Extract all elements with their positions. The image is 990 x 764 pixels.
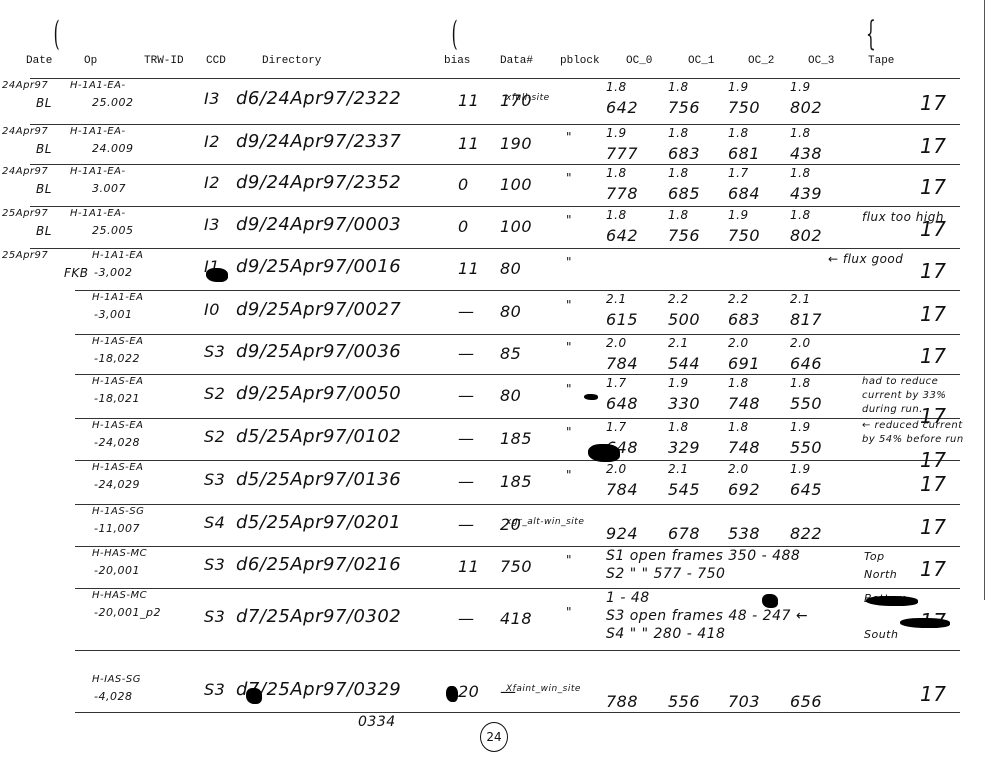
oc-value-cell: 545 — [668, 480, 700, 499]
oc-value-cell: 817 — [790, 310, 822, 329]
oc-value-cell: 500 — [668, 310, 700, 329]
oc-gain-cell: 1.8 — [606, 80, 627, 94]
trw-id-cell: H-IAS-SG — [92, 674, 141, 685]
tape-cell: 17 — [920, 175, 946, 199]
trw-id-cell: -20,001 — [94, 564, 140, 577]
directory-cell: d9/25Apr97/0036 — [236, 341, 401, 362]
oc-gain-cell: 1.8 — [728, 126, 749, 140]
tape-cell: 17 — [920, 344, 946, 368]
trw-id-cell: H-1AS-EA — [92, 376, 143, 387]
oc-value-cell: 646 — [790, 354, 822, 373]
oc-value-cell: 656 — [790, 692, 822, 711]
frames-note: S2 " " 577 - 750 — [606, 566, 725, 582]
directory-cell: d7/25Apr97/0302 — [236, 606, 401, 627]
trw-id-cell: H-HAS-MC — [92, 590, 147, 601]
bias-cell: — — [458, 472, 475, 491]
log-sheet: ( ( { DateOpTRW-IDCCDDirectorybiasData#p… — [0, 0, 990, 764]
oc-value-cell: 544 — [668, 354, 700, 373]
operator-cell: BL — [36, 142, 52, 156]
data-number-cell: 190 — [500, 134, 532, 153]
punch-mark: ( — [452, 14, 458, 54]
data-number-cell: 750 — [500, 557, 532, 576]
tape-cell: 17 — [920, 302, 946, 326]
oc-gain-cell: 1.8 — [790, 376, 811, 390]
directory-cell: d9/25Apr97/0050 — [236, 383, 401, 404]
remark-note: by 54% before run — [862, 434, 964, 445]
column-header: OC_2 — [748, 55, 774, 67]
tape-cell: 17 — [920, 91, 946, 115]
oc-value-cell: 329 — [668, 438, 700, 457]
directory-cell: d9/25Apr97/0016 — [236, 256, 401, 277]
trw-id-cell: 25.005 — [92, 224, 134, 237]
oc-value-cell: 683 — [668, 144, 700, 163]
data-number-cell: 80 — [500, 302, 521, 321]
data-number-cell: 418 — [500, 609, 532, 628]
data-number-cell: 100 — [500, 175, 532, 194]
oc-gain-cell: 1.8 — [728, 376, 749, 390]
directory-cell: d9/24Apr97/0003 — [236, 214, 401, 235]
oc-value-cell: 822 — [790, 524, 822, 543]
oc-gain-cell: 1.9 — [728, 80, 749, 94]
oc-value-cell: 750 — [728, 226, 760, 245]
row-rule — [75, 290, 960, 291]
row-rule — [30, 164, 960, 165]
oc-gain-cell: 1.9 — [790, 80, 811, 94]
ccd-cell: S2 — [204, 427, 225, 446]
pblock-cell: " — [566, 340, 572, 354]
ink-blot — [446, 686, 458, 702]
oc-gain-cell: 2.1 — [668, 336, 689, 350]
ccd-cell: I3 — [204, 89, 220, 108]
bias-cell: 11 — [458, 134, 479, 153]
oc-value-cell: 685 — [668, 184, 700, 203]
pblock-cell: " — [566, 213, 572, 227]
trw-id-cell: -3,002 — [94, 266, 132, 279]
trw-id-cell: 25.002 — [92, 96, 134, 109]
row-rule — [75, 650, 960, 651]
remark-note: had to reduce — [862, 376, 938, 387]
row-rule — [30, 124, 960, 125]
trw-id-cell: H-1AS-EA — [92, 420, 143, 431]
data-number-cell: 80 — [500, 386, 521, 405]
trw-id-cell: H-1A1-EA — [92, 292, 143, 303]
date-cell: 24Apr97 — [2, 126, 48, 137]
tape-cell: 17 — [920, 217, 946, 241]
column-header: pblock — [560, 55, 600, 67]
frames-note: 1 - 48 — [606, 590, 650, 606]
oc-value-cell: 681 — [728, 144, 760, 163]
oc-value-cell: 645 — [790, 480, 822, 499]
ink-blot — [762, 594, 778, 608]
pblock-cell: " — [566, 605, 572, 619]
trw-id-cell: -18,021 — [94, 392, 140, 405]
trw-id-cell: -24,029 — [94, 478, 140, 491]
frames-note: S1 open frames 350 - 488 — [606, 548, 800, 564]
oc-value-cell: 439 — [790, 184, 822, 203]
oc-value-cell: 788 — [606, 692, 638, 711]
oc-value-cell: 648 — [606, 394, 638, 413]
operator-cell: BL — [36, 224, 52, 238]
page-edge — [984, 0, 985, 600]
column-header: OC_3 — [808, 55, 834, 67]
column-header: TRW-ID — [144, 55, 184, 67]
oc-value-cell: 692 — [728, 480, 760, 499]
column-header: OC_1 — [688, 55, 714, 67]
oc-gain-cell: 2.1 — [668, 462, 689, 476]
remark-note: ← flux good — [828, 252, 903, 266]
oc-gain-cell: 1.8 — [790, 166, 811, 180]
remark-note: ← reduced current — [862, 420, 963, 431]
bias-cell: — — [458, 609, 475, 628]
oc-gain-cell: 1.8 — [668, 126, 689, 140]
trw-id-cell: H-1A1-EA- — [70, 208, 126, 219]
column-header: Directory — [262, 55, 321, 67]
ink-blot — [900, 618, 950, 628]
oc-value-cell: 778 — [606, 184, 638, 203]
ccd-cell: S4 — [204, 513, 225, 532]
tape-cell: 17 — [920, 515, 946, 539]
oc-value-cell: 550 — [790, 438, 822, 457]
oc-gain-cell: 2.2 — [728, 292, 749, 306]
oc-value-cell: 703 — [728, 692, 760, 711]
column-header: Date — [26, 55, 52, 67]
pblock-cell: " — [566, 425, 572, 439]
trw-id-cell: H-1A1-EA — [92, 250, 143, 261]
bias-cell: 11 — [458, 91, 479, 110]
oc-value-cell: 777 — [606, 144, 638, 163]
oc-gain-cell: 2.0 — [790, 336, 811, 350]
bias-cell: — — [458, 302, 475, 321]
pblock-cell: " — [566, 553, 572, 567]
ccd-cell: I3 — [204, 215, 220, 234]
oc-gain-cell: 1.9 — [668, 376, 689, 390]
oc-gain-cell: 1.8 — [668, 420, 689, 434]
trw-id-cell: H-1AS-EA — [92, 462, 143, 473]
oc-gain-cell: 1.8 — [668, 208, 689, 222]
oc-value-cell: 750 — [728, 98, 760, 117]
trw-id-cell: -3,001 — [94, 308, 132, 321]
oc-value-cell: 330 — [668, 394, 700, 413]
column-header: Tape — [868, 55, 894, 67]
tape-cell: 17 — [920, 448, 946, 472]
oc-gain-cell: 2.1 — [606, 292, 627, 306]
page-number: 24 — [480, 722, 508, 752]
oc-gain-cell: 1.8 — [728, 420, 749, 434]
data-number-cell: 185 — [500, 429, 532, 448]
row-rule — [75, 588, 960, 589]
row-rule — [75, 374, 960, 375]
oc-value-cell: 924 — [606, 524, 638, 543]
trw-id-cell: H-1AS-SG — [92, 506, 144, 517]
oc-gain-cell: 1.8 — [790, 208, 811, 222]
ccd-cell: S3 — [204, 342, 225, 361]
oc-value-cell: 748 — [728, 394, 760, 413]
row-rule — [75, 334, 960, 335]
side-note: North — [864, 568, 897, 581]
trw-id-cell: H-1A1-EA- — [70, 126, 126, 137]
ink-blot — [588, 444, 620, 462]
pblock-cell: " — [566, 130, 572, 144]
bias-cell: 20 — [458, 682, 479, 701]
oc-gain-cell: 1.7 — [606, 420, 627, 434]
directory-cell: 0334 — [358, 714, 396, 730]
trw-id-cell: 24.009 — [92, 142, 134, 155]
trw-id-cell: H-1A1-EA- — [70, 80, 126, 91]
row-rule — [30, 78, 960, 79]
operator-cell: BL — [36, 182, 52, 196]
trw-id-cell: -20,001_p2 — [94, 606, 161, 619]
date-cell: 24Apr97 — [2, 166, 48, 177]
oc-gain-cell: 2.0 — [606, 336, 627, 350]
ink-blot — [584, 394, 598, 400]
oc-gain-cell: 2.0 — [606, 462, 627, 476]
oc-value-cell: 691 — [728, 354, 760, 373]
pblock-cell: " — [566, 382, 572, 396]
ccd-cell: I2 — [204, 132, 220, 151]
oc-gain-cell: 1.8 — [790, 126, 811, 140]
tape-cell: 17 — [920, 259, 946, 283]
trw-id-cell: -11,007 — [94, 522, 140, 535]
column-header: OC_0 — [626, 55, 652, 67]
tape-cell: 17 — [920, 472, 946, 496]
column-header: bias — [444, 55, 470, 67]
row-rule — [75, 504, 960, 505]
oc-value-cell: 438 — [790, 144, 822, 163]
column-header: Op — [84, 55, 97, 67]
operator-cell: BL — [36, 96, 52, 110]
oc-gain-cell: 1.8 — [668, 166, 689, 180]
operator-cell: FKB — [64, 266, 89, 280]
oc-value-cell: 756 — [668, 98, 700, 117]
directory-cell: d5/25Apr97/0102 — [236, 426, 401, 447]
pblock-cell: Xfaint_win_site — [506, 684, 581, 694]
oc-value-cell: 756 — [668, 226, 700, 245]
ccd-cell: I2 — [204, 173, 220, 192]
pblock-cell: " — [566, 298, 572, 312]
oc-value-cell: 784 — [606, 354, 638, 373]
data-number-cell: 85 — [500, 344, 521, 363]
ccd-cell: S2 — [204, 384, 225, 403]
oc-gain-cell: 1.9 — [790, 420, 811, 434]
oc-gain-cell: 1.8 — [606, 208, 627, 222]
oc-value-cell: 802 — [790, 226, 822, 245]
oc-value-cell: 683 — [728, 310, 760, 329]
oc-value-cell: 556 — [668, 692, 700, 711]
trw-id-cell: H-1AS-EA — [92, 336, 143, 347]
directory-cell: d5/25Apr97/0201 — [236, 512, 401, 533]
date-cell: 25Apr97 — [2, 250, 48, 261]
trw-id-cell: 3.007 — [92, 182, 126, 195]
trw-id-cell: H-1A1-EA- — [70, 166, 126, 177]
trw-id-cell: H-HAS-MC — [92, 548, 147, 559]
oc-gain-cell: 1.7 — [606, 376, 627, 390]
ink-blot — [866, 596, 918, 606]
oc-gain-cell: 1.7 — [728, 166, 749, 180]
bias-cell: — — [458, 386, 475, 405]
trw-id-cell: -18,022 — [94, 352, 140, 365]
bias-cell: 0 — [458, 175, 469, 194]
trw-id-cell: -4,028 — [94, 690, 132, 703]
row-rule — [75, 460, 960, 461]
oc-gain-cell: 1.9 — [728, 208, 749, 222]
ccd-cell: S3 — [204, 680, 225, 699]
date-cell: 24Apr97 — [2, 80, 48, 91]
oc-gain-cell: 2.1 — [790, 292, 811, 306]
oc-value-cell: 802 — [790, 98, 822, 117]
trw-id-cell: -24,028 — [94, 436, 140, 449]
oc-value-cell: 678 — [668, 524, 700, 543]
oc-gain-cell: 1.8 — [668, 80, 689, 94]
oc-value-cell: 784 — [606, 480, 638, 499]
column-header: Data# — [500, 55, 533, 67]
pblock-cell: " — [566, 171, 572, 185]
row-rule — [75, 712, 960, 713]
row-rule — [75, 546, 960, 547]
directory-cell: d6/24Apr97/2322 — [236, 88, 401, 109]
oc-value-cell: 748 — [728, 438, 760, 457]
row-rule — [30, 206, 960, 207]
oc-gain-cell: 2.0 — [728, 462, 749, 476]
tape-cell: 17 — [920, 682, 946, 706]
ccd-cell: I0 — [204, 300, 220, 319]
directory-cell: d6/25Apr97/0216 — [236, 554, 401, 575]
side-note: South — [864, 628, 898, 641]
bias-cell: — — [458, 429, 475, 448]
date-cell: 25Apr97 — [2, 208, 48, 219]
oc-value-cell: 538 — [728, 524, 760, 543]
oc-gain-cell: 1.9 — [606, 126, 627, 140]
oc-value-cell: 615 — [606, 310, 638, 329]
row-rule — [30, 248, 960, 249]
directory-cell: d9/24Apr97/2352 — [236, 172, 401, 193]
remark-note: current by 33% — [862, 390, 946, 401]
directory-cell: d9/24Apr97/2337 — [236, 131, 401, 152]
ccd-cell: S3 — [204, 470, 225, 489]
oc-gain-cell: 2.2 — [668, 292, 689, 306]
oc-value-cell: 642 — [606, 98, 638, 117]
pblock-cell: xfull-site — [506, 93, 550, 103]
ccd-cell: S3 — [204, 607, 225, 626]
oc-gain-cell: 2.0 — [728, 336, 749, 350]
pblock-cell: xgr_alt-win_site — [506, 517, 584, 527]
row-rule — [75, 418, 960, 419]
oc-value-cell: 684 — [728, 184, 760, 203]
punch-mark: { — [866, 14, 876, 54]
oc-gain-cell: 1.9 — [790, 462, 811, 476]
side-note: Top — [864, 550, 885, 563]
pblock-cell: " — [566, 255, 572, 269]
data-number-cell: 80 — [500, 259, 521, 278]
data-number-cell: 100 — [500, 217, 532, 236]
tape-cell: 17 — [920, 557, 946, 581]
oc-gain-cell: 1.8 — [606, 166, 627, 180]
bias-cell: 11 — [458, 557, 479, 576]
bias-cell: — — [458, 344, 475, 363]
ink-blot — [246, 688, 262, 704]
oc-value-cell: 550 — [790, 394, 822, 413]
directory-cell: d5/25Apr97/0136 — [236, 469, 401, 490]
data-number-cell: 185 — [500, 472, 532, 491]
ink-blot — [206, 268, 228, 282]
column-header: CCD — [206, 55, 226, 67]
frames-note: S4 " " 280 - 418 — [606, 626, 725, 642]
punch-mark: ( — [54, 14, 60, 54]
frames-note: S3 open frames 48 - 247 ← — [606, 608, 808, 624]
pblock-cell: " — [566, 468, 572, 482]
remark-note: during run. — [862, 404, 923, 415]
bias-cell: 0 — [458, 217, 469, 236]
ccd-cell: S3 — [204, 555, 225, 574]
tape-cell: 17 — [920, 134, 946, 158]
oc-value-cell: 642 — [606, 226, 638, 245]
bias-cell: 11 — [458, 259, 479, 278]
bias-cell: — — [458, 515, 475, 534]
directory-cell: d9/25Apr97/0027 — [236, 299, 401, 320]
